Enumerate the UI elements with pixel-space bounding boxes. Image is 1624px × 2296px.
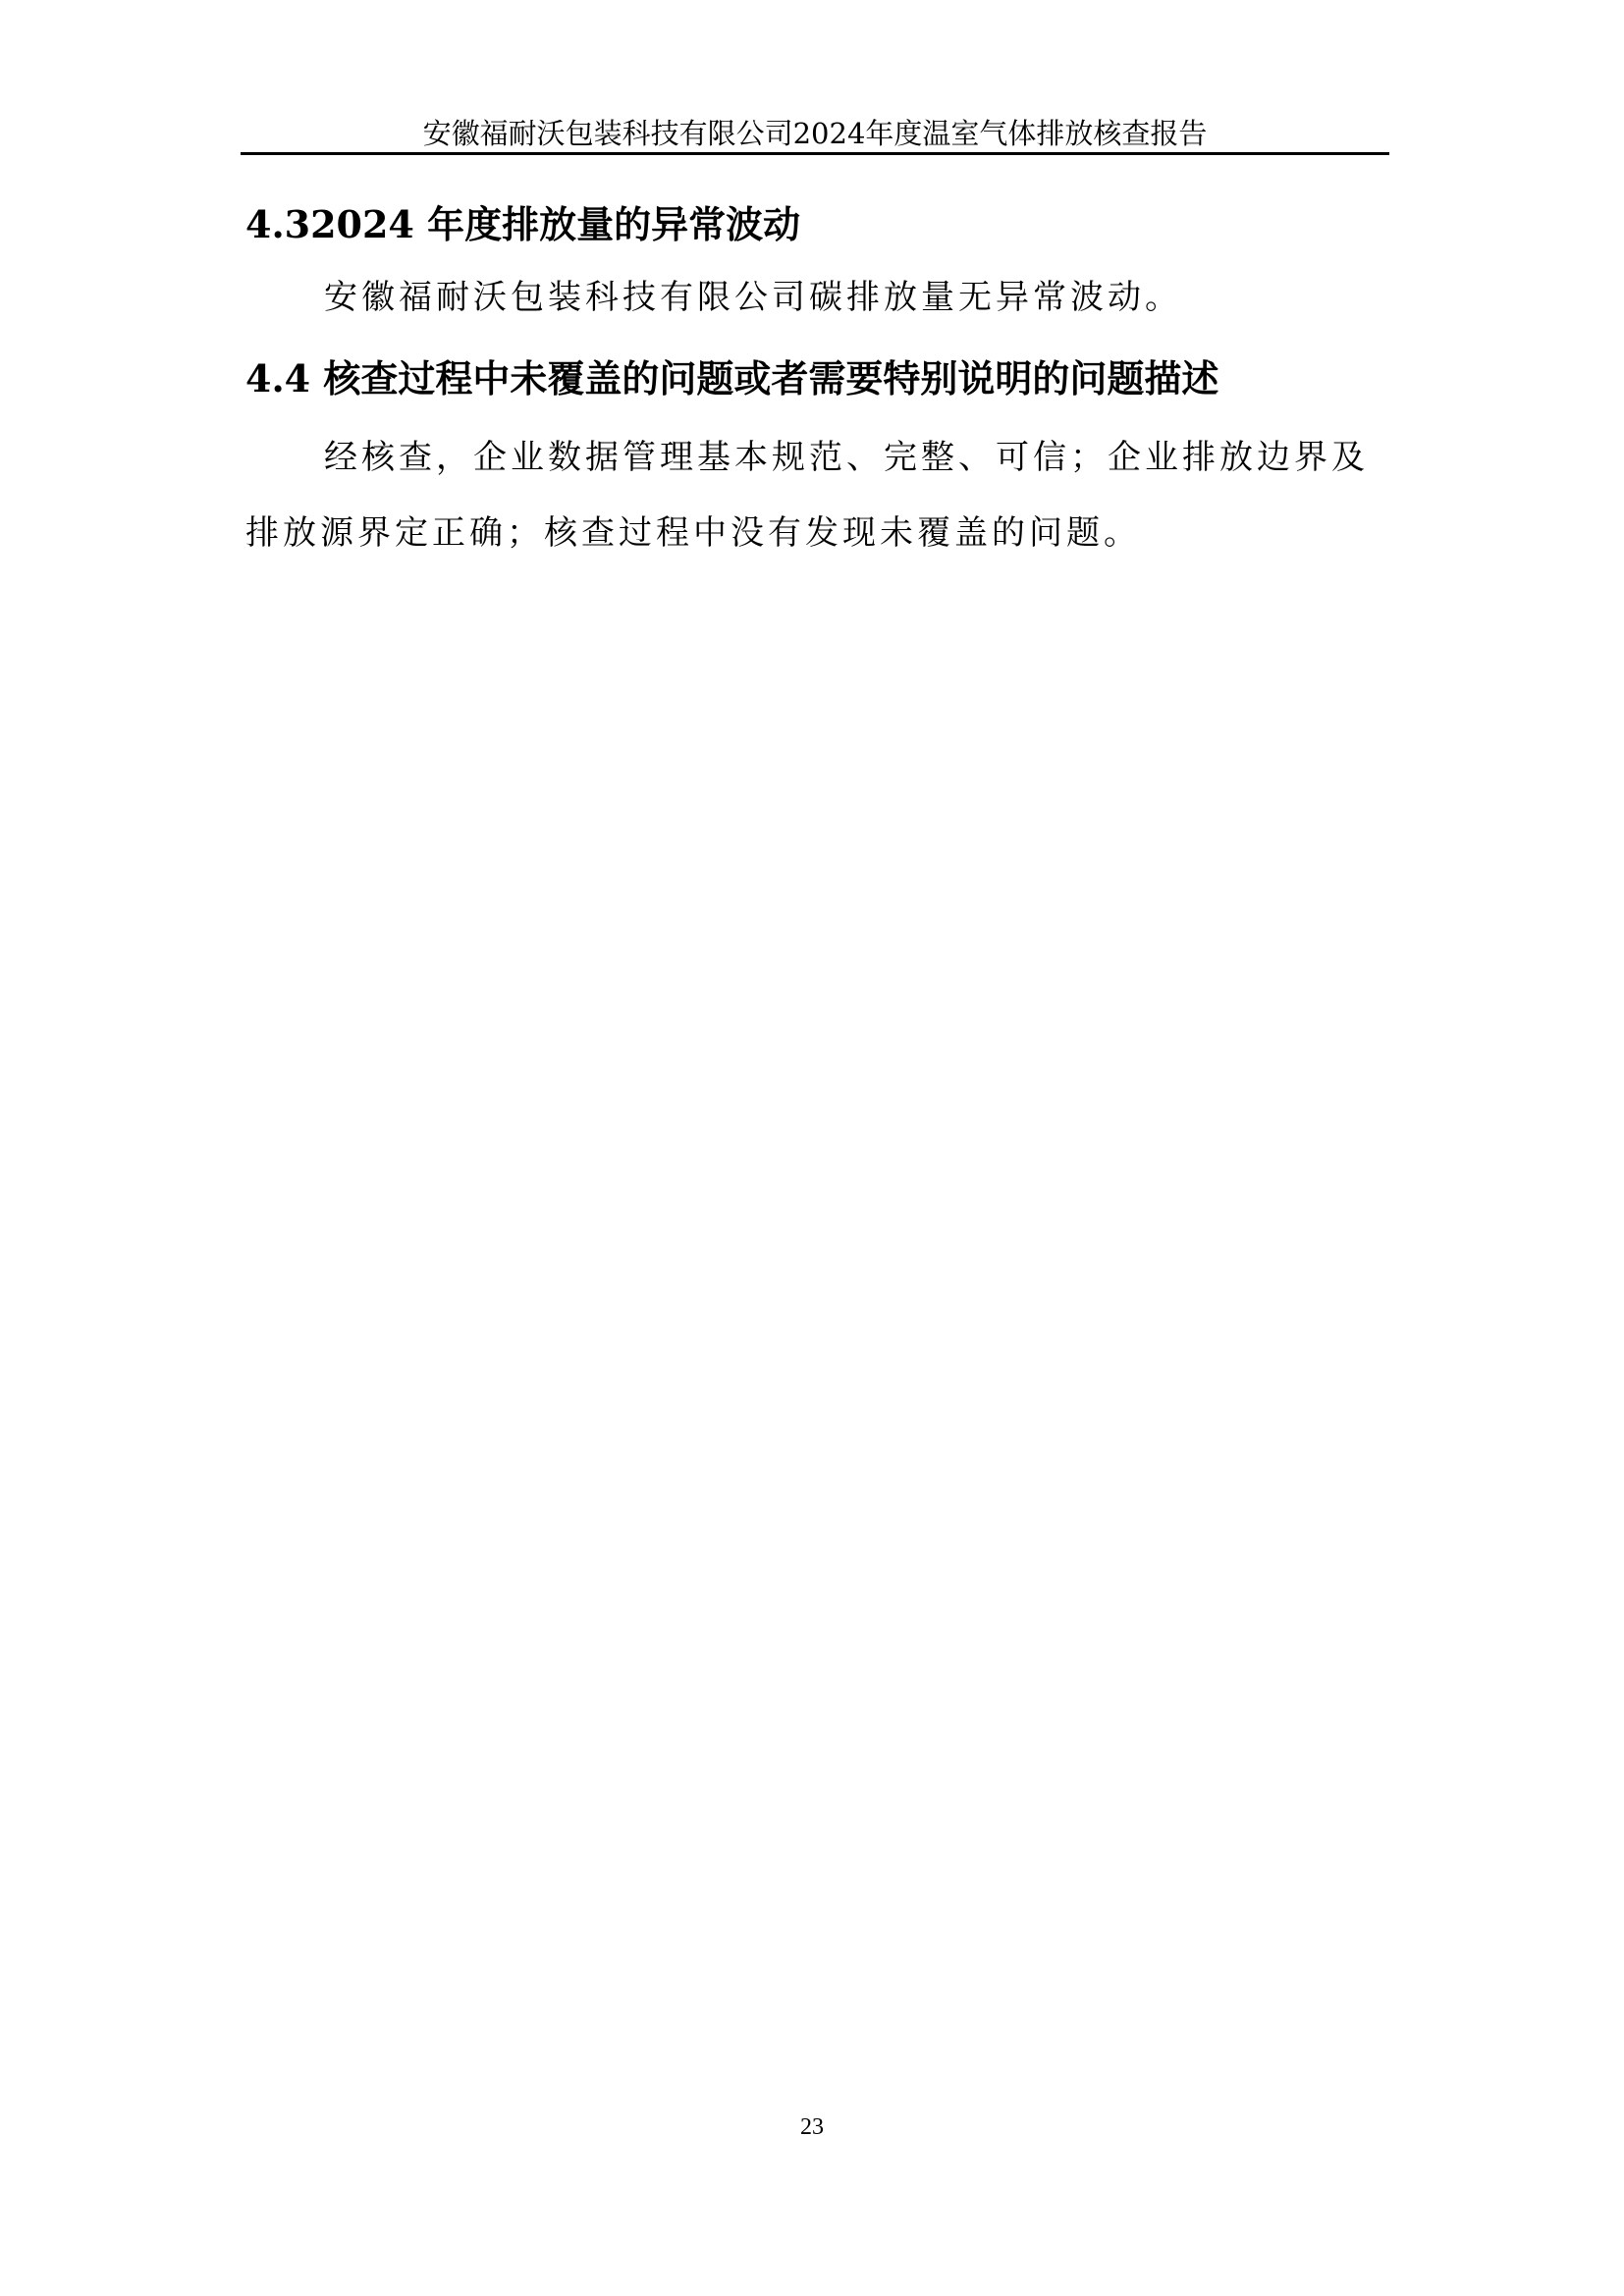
paragraph-line: 经核查，企业数据管理基本规范、完整、可信；企业排放边界及 [324,438,1369,477]
section-heading: 4.32024 年度排放量的异常波动 [245,201,800,248]
paragraph-line: 排放源界定正确；核查过程中没有发现未覆盖的问题。 [245,513,1141,553]
header-divider [241,152,1389,155]
paragraph-line: 安徽福耐沃包装科技有限公司碳排放量无异常波动。 [324,278,1182,317]
section-heading: 4.4 核查过程中未覆盖的问题或者需要特别说明的问题描述 [245,355,1218,402]
page-number: 23 [0,2114,1624,2141]
header-title: 安徽福耐沃包装科技有限公司2024年度温室气体排放核查报告 [241,116,1389,151]
